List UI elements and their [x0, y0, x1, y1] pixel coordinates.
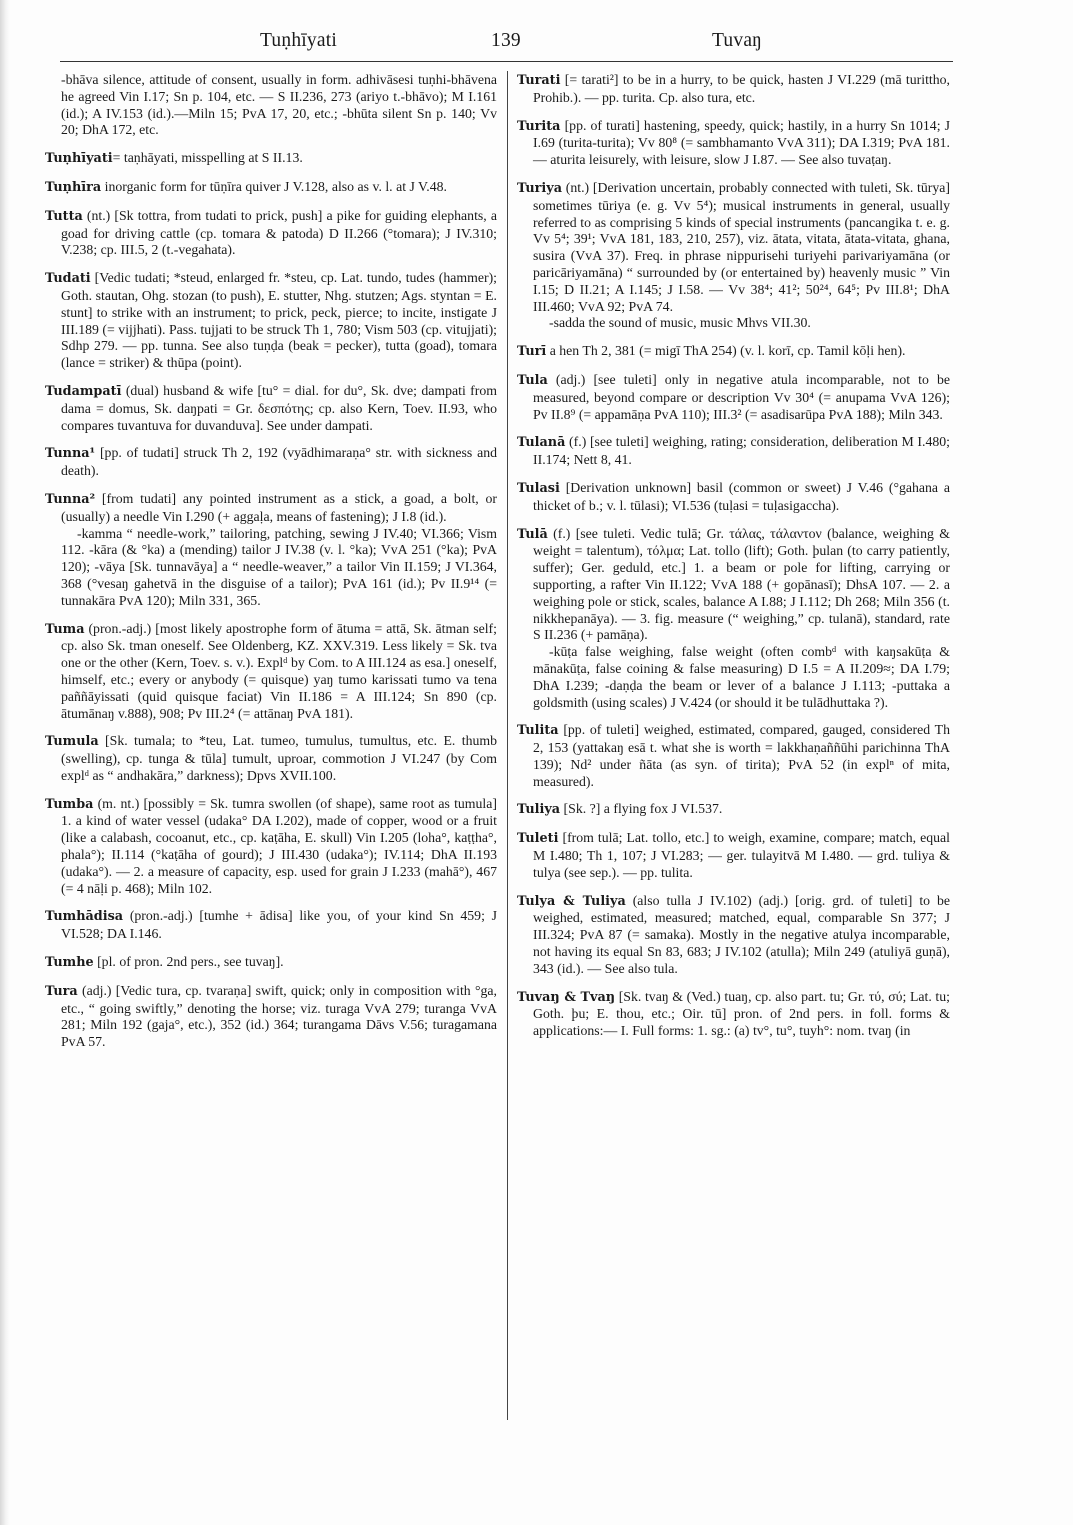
entry-definition: [pp. of tudati] struck Th 2, 192 (vyādhi…: [61, 445, 497, 478]
entry-headword: Tulita: [517, 723, 559, 738]
dictionary-entry: Tumba (m. nt.) [possibly = Sk. tumra swo…: [45, 796, 497, 898]
entry-headword: Tulasi: [517, 481, 560, 496]
dictionary-entry: Tutta (nt.) [Sk tottra, from tudati to p…: [45, 208, 497, 259]
dictionary-entry: Tulya & Tuliya (also tulla J IV.102) (ad…: [517, 893, 950, 978]
dictionary-entry: Turiya (nt.) [Derivation uncertain, prob…: [517, 180, 950, 332]
left-entries: Tuṇhīyati= taṇhāyati, misspelling at S I…: [45, 150, 497, 1051]
entry-headword: Tura: [45, 984, 78, 999]
entry-definition: [pp. of tuleti] weighed, estimated, comp…: [533, 722, 950, 788]
right-guide-word: Tuvaŋ: [712, 30, 762, 52]
continued-entry: -bhāva silence, attitude of consent, usu…: [45, 72, 497, 139]
entry-subentry: -kūṭa false weighing, false weight (ofte…: [533, 644, 950, 711]
entry-headword: Tuvaŋ & Tvaŋ: [517, 990, 615, 1005]
entry-headword: Tudampatī: [45, 384, 121, 399]
entry-definition: [Sk. tumala; to *teu, Lat. tumeo, tumulu…: [61, 733, 497, 783]
dictionary-entry: Turati [= tarati²] to be in a hurry, to …: [517, 72, 950, 107]
dictionary-entry: Tuma (pron.-adj.) [most likely apostroph…: [45, 621, 497, 723]
entry-definition: inorganic form for tūṇīra quiver J V.128…: [101, 179, 447, 194]
entry-definition: a hen Th 2, 381 (= migī ThA 254) (v. l. …: [546, 343, 905, 358]
running-header: Tuṇhīyati 139 Tuvaŋ: [60, 0, 953, 62]
entry-headword: Tuliya: [517, 802, 560, 817]
dictionary-entry: Tuṇhīyati= taṇhāyati, misspelling at S I…: [45, 150, 497, 168]
dictionary-entry: Tuṇhīra inorganic form for tūṇīra quiver…: [45, 179, 497, 197]
entry-definition: (adj.) [Vedic tura, cp. tvaraṇa] swift, …: [61, 983, 497, 1049]
dictionary-entry: Turī a hen Th 2, 381 (= migī ThA 254) (v…: [517, 343, 950, 361]
entry-definition: (f.) [see tuleti. Vedic tulā; Gr. τάλας,…: [533, 526, 950, 643]
dictionary-entry: Tumhādisa (pron.-adj.) [tumhe + ādisa] l…: [45, 908, 497, 943]
entry-definition: (m. nt.) [possibly = Sk. tumra swollen (…: [61, 796, 497, 896]
entry-definition: [pp. of turati] hastening, speedy, quick…: [533, 118, 950, 168]
dictionary-entry: Tula (adj.) [see tuleti] only in negativ…: [517, 372, 950, 423]
left-guide-word: Tuṇhīyati: [260, 30, 337, 52]
entry-definition: (nt.) [Derivation uncertain, probably co…: [533, 180, 950, 314]
entry-headword: Tuṇhīra: [45, 180, 101, 195]
header-rule: [60, 61, 953, 62]
entry-headword: Turī: [517, 344, 546, 359]
dictionary-entry: Tunna² [from tudati] any pointed instrum…: [45, 491, 497, 610]
entry-definition: (nt.) [Sk tottra, from tudati to prick, …: [61, 208, 497, 258]
entry-definition: (pron.-adj.) [most likely apostrophe for…: [61, 621, 497, 721]
entry-headword: Tunna¹: [45, 446, 95, 461]
entry-definition: = taṇhāyati, misspelling at S II.13.: [113, 150, 303, 165]
entry-definition: (pron.-adj.) [tumhe + ādisa] like you, o…: [61, 908, 497, 941]
dictionary-entry: Tuleti [from tulā; Lat. tollo, etc.] to …: [517, 830, 950, 881]
dictionary-entry: Tudati [Vedic tudati; *steud, enlarged f…: [45, 270, 497, 372]
entry-definition: (adj.) [see tuleti] only in negative atu…: [533, 372, 950, 422]
entry-definition: (f.) [see tuleti] weighing, rating; cons…: [533, 434, 950, 467]
entry-headword: Tuma: [45, 622, 84, 637]
dictionary-entry: Turita [pp. of turati] hastening, speedy…: [517, 118, 950, 169]
right-column: Turati [= tarati²] to be in a hurry, to …: [517, 72, 950, 1051]
entry-definition: [pl. of pron. 2nd pers., see tuvaŋ].: [94, 954, 284, 969]
entry-headword: Tuleti: [517, 831, 558, 846]
entry-subentry: -kamma “ needle-work,” tailoring, patchi…: [61, 526, 497, 610]
entry-headword: Tulā: [517, 527, 548, 542]
dictionary-entry: Tulita [pp. of tuleti] weighed, estimate…: [517, 722, 950, 790]
entry-headword: Tumula: [45, 734, 99, 749]
dictionary-entry: Tuliya [Sk. ?] a flying fox J VI.537.: [517, 801, 950, 819]
entry-definition: [Derivation unknown] basil (common or sw…: [533, 480, 950, 513]
entry-definition: [Vedic tudati; *steud, enlarged fr. *ste…: [61, 270, 497, 370]
entry-headword: Turiya: [517, 181, 562, 196]
entry-subentry: -sadda the sound of music, music Mhvs VI…: [533, 315, 950, 332]
dictionary-entry: Tulanā (f.) [see tuleti] weighing, ratin…: [517, 434, 950, 469]
entry-definition: (dual) husband & wife [tu° = dial. for d…: [61, 383, 497, 433]
column-divider: [507, 71, 508, 1420]
entry-headword: Tutta: [45, 209, 83, 224]
dictionary-entry: Tunna¹ [pp. of tudati] struck Th 2, 192 …: [45, 445, 497, 480]
entry-headword: Tumhe: [45, 955, 94, 970]
entry-definition: [= tarati²] to be in a hurry, to be quic…: [533, 72, 950, 105]
entry-headword: Tunna²: [45, 492, 95, 507]
entry-headword: Tumba: [45, 797, 93, 812]
dictionary-entry: Tulasi [Derivation unknown] basil (commo…: [517, 480, 950, 515]
left-column: -bhāva silence, attitude of consent, usu…: [45, 72, 497, 1062]
entry-headword: Tudati: [45, 271, 91, 286]
dictionary-entry: Tura (adj.) [Vedic tura, cp. tvaraṇa] sw…: [45, 983, 497, 1051]
entry-headword: Tuṇhīyati: [45, 151, 113, 166]
entry-headword: Tulya & Tuliya: [517, 894, 626, 909]
entry-headword: Turati: [517, 73, 560, 88]
entry-headword: Turita: [517, 119, 560, 134]
page-gutter-shadow: [0, 0, 10, 1525]
dictionary-entry: Tuvaŋ & Tvaŋ [Sk. tvaŋ & (Ved.) tuaŋ, cp…: [517, 989, 950, 1040]
right-entries: Turati [= tarati²] to be in a hurry, to …: [517, 72, 950, 1040]
dictionary-entry: Tudampatī (dual) husband & wife [tu° = d…: [45, 383, 497, 434]
page-number: 139: [491, 30, 521, 52]
entry-definition: [from tudati] any pointed instrument as …: [61, 491, 497, 524]
entry-definition: [Sk. ?] a flying fox J VI.537.: [560, 801, 722, 816]
entry-headword: Tula: [517, 373, 548, 388]
dictionary-entry: Tumula [Sk. tumala; to *teu, Lat. tumeo,…: [45, 733, 497, 784]
entry-headword: Tulanā: [517, 435, 565, 450]
entry-definition: [from tulā; Lat. tollo, etc.] to weigh, …: [533, 830, 950, 880]
dictionary-entry: Tumhe [pl. of pron. 2nd pers., see tuvaŋ…: [45, 954, 497, 972]
dictionary-entry: Tulā (f.) [see tuleti. Vedic tulā; Gr. τ…: [517, 526, 950, 712]
entry-headword: Tumhādisa: [45, 909, 123, 924]
